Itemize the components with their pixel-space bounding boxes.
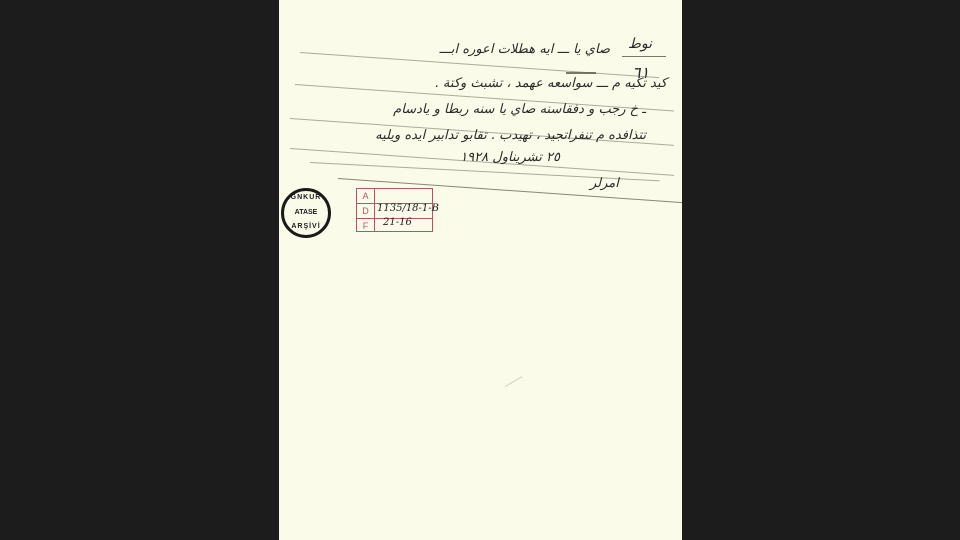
archive-stamp-middle: ATASE [284,209,328,216]
text-line-1: صاي يا ـــ ايه هطلات اعوره ابـــ [370,42,610,57]
date-line: ٢٥ تشريناول ١٩٢٨ [360,150,560,165]
archive-stamp: GNKUR ATASE ARŞİVİ [281,188,331,238]
header-label: نوط [628,36,652,52]
text-line-3: ـ خ رجب و دفقاسنه صاي يا سنه ربطا و يادس… [306,102,646,117]
text-line-4: تتذافده م تنفراتجيد ، تهيدب . تقابو تداب… [316,128,646,143]
archive-stamp-top: GNKUR [284,194,328,201]
row-label-d: D [357,204,374,218]
archive-stamp-bottom: ARŞİVİ [284,223,328,230]
row-label-a: A [357,189,374,203]
d-value: 1135/18-1-B [377,203,439,214]
f-value: 21-16 [383,217,412,228]
header-underline [622,56,666,57]
reference-stamp: A D F 1135/18-1-B 21-16 [356,188,433,232]
closing-word: امرلر [590,176,619,191]
row-label-f: F [357,219,374,233]
